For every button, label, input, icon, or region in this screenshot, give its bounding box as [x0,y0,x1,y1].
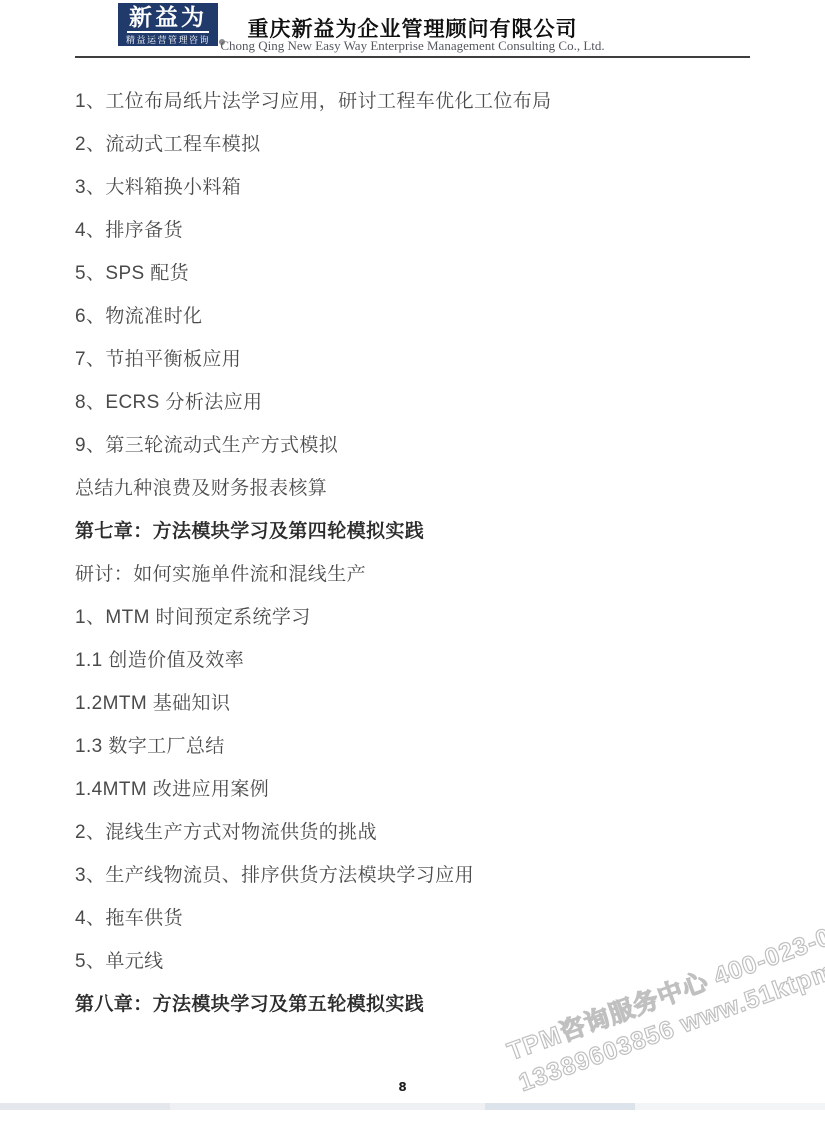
content-paragraph: 1、MTM 时间预定系统学习 [75,594,775,637]
content-paragraph: 1.1 创造价值及效率 [75,637,775,680]
bottom-scrollbar-track[interactable] [0,1103,825,1110]
content-paragraph: 4、拖车供货 [75,895,775,938]
page-number: 8 [75,1080,730,1094]
content-paragraph: 1.3 数字工厂总结 [75,723,775,766]
content: 1、工位布局纸片法学习应用，研讨工程车优化工位布局2、流动式工程车模拟3、大料箱… [75,78,775,1024]
content-paragraph: 4、排序备货 [75,207,775,250]
content-paragraph: 1、工位布局纸片法学习应用，研讨工程车优化工位布局 [75,78,775,121]
scrollbar-segment-left [0,1103,170,1110]
scrollbar-thumb[interactable] [485,1103,635,1110]
content-paragraph: 9、第三轮流动式生产方式模拟 [75,422,775,465]
content-paragraph: 研讨：如何实施单件流和混线生产 [75,551,775,594]
content-paragraph: 2、流动式工程车模拟 [75,121,775,164]
content-paragraph: 6、物流准时化 [75,293,775,336]
content-paragraph: 5、单元线 [75,938,775,981]
section-heading: 第七章：方法模块学习及第四轮模拟实践 [75,508,775,551]
company-name-english: Chong Qing New Easy Way Enterprise Manag… [75,38,750,54]
content-paragraph: 5、SPS 配货 [75,250,775,293]
content-paragraph: 总结九种浪费及财务报表核算 [75,465,775,508]
content-paragraph: 8、ECRS 分析法应用 [75,379,775,422]
content-paragraph: 3、大料箱换小料箱 [75,164,775,207]
content-paragraph: 1.4MTM 改进应用案例 [75,766,775,809]
content-paragraph: 3、生产线物流员、排序供货方法模块学习应用 [75,852,775,895]
scrollbar-segment-right [635,1103,825,1110]
header-divider-line [75,56,750,58]
content-paragraph: 2、混线生产方式对物流供货的挑战 [75,809,775,852]
document-page: 新益为 精益运营管理咨询 重庆新益为企业管理顾问有限公司 Chong Qing … [0,0,825,1131]
content-paragraph: 7、节拍平衡板应用 [75,336,775,379]
content-paragraph: 1.2MTM 基础知识 [75,680,775,723]
section-heading: 第八章：方法模块学习及第五轮模拟实践 [75,981,775,1024]
